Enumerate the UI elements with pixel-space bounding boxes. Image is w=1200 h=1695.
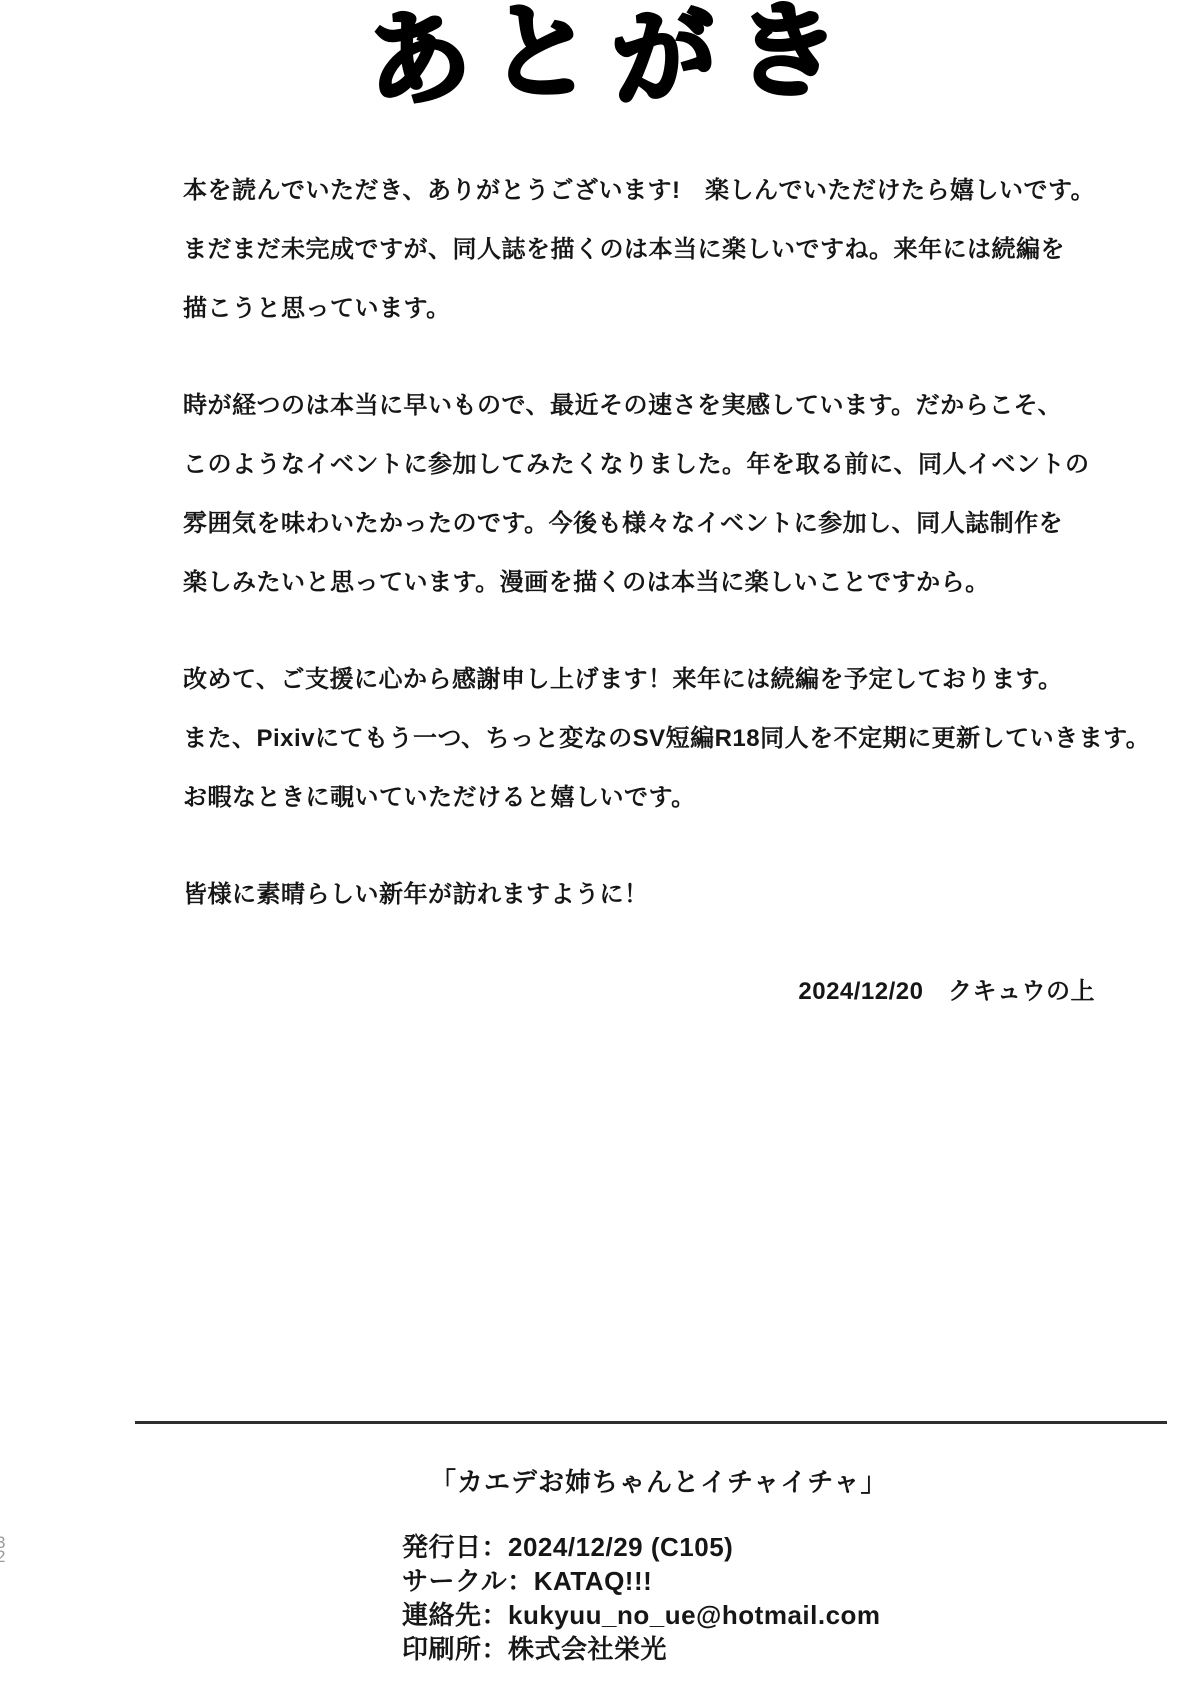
text-line: 本を読んでいただき、ありがとうございます! 楽しんでいただけたら嬉しいです。: [183, 161, 1095, 220]
page-number-digit: 2: [0, 1550, 5, 1564]
text-line: 楽しみたいと思っています。漫画を描くのは本当に楽しいことですから。: [183, 553, 1095, 612]
title-char: が: [607, 0, 716, 123]
text-line: また、Pixivにてもう一つ、ちっと変なのSV短編R18同人を不定期に更新してい…: [183, 709, 1095, 768]
paragraph-newyear: 皆様に素晴らしい新年が訪れますように！: [183, 865, 1095, 924]
paragraph-thanks: 本を読んでいただき、ありがとうございます! 楽しんでいただけたら嬉しいです。 ま…: [183, 161, 1095, 338]
text-line: 時が経つのは本当に早いもので、最近その速さを実感しています。だからこそ、: [183, 376, 1095, 435]
colophon: 発行日：2024/12/29 (C105) サークル：KATAQ!!! 連絡先：…: [402, 1530, 881, 1666]
printer-line: 印刷所：株式会社栄光: [402, 1632, 881, 1666]
publish-date-line: 発行日：2024/12/29 (C105): [402, 1530, 881, 1564]
page-number: 3 2: [0, 1536, 5, 1564]
text-line: 雰囲気を味わいたかったのです。今後も様々なイベントに参加し、同人誌制作を: [183, 494, 1095, 553]
paragraph-events: 時が経つのは本当に早いもので、最近その速さを実感しています。だからこそ、 このよ…: [183, 376, 1095, 612]
signature-line: 2024/12/20 クキュウの上: [183, 962, 1095, 1021]
afterword-page: あ と が き 本を読んでいただき、ありがとうございます! 楽しんでいただけたら…: [0, 0, 1200, 1695]
contact-line: 連絡先：kukyuu_no_ue@hotmail.com: [402, 1598, 881, 1632]
paragraph-support: 改めて、ご支援に心から感謝申し上げます！来年には続編を予定しております。 また、…: [183, 650, 1095, 827]
page-title: あ と が き: [0, 0, 1200, 116]
title-char: あ: [360, 0, 473, 126]
afterword-body: 本を読んでいただき、ありがとうございます! 楽しんでいただけたら嬉しいです。 ま…: [183, 161, 1095, 1021]
text-line: まだまだ未完成ですが、同人誌を描くのは本当に楽しいですね。来年には続編を: [183, 220, 1095, 279]
title-char: と: [487, 0, 590, 115]
circle-line: サークル：KATAQ!!!: [402, 1564, 881, 1598]
text-line: 皆様に素晴らしい新年が訪れますように！: [183, 865, 1095, 924]
book-title: 「カエデお姉ちゃんとイチャイチャ」: [430, 1462, 887, 1499]
title-char: き: [732, 0, 837, 115]
text-line: 改めて、ご支援に心から感謝申し上げます！来年には続編を予定しております。: [183, 650, 1095, 709]
divider-line: [135, 1421, 1167, 1424]
text-line: お暇なときに覗いていただけると嬉しいです。: [183, 768, 1095, 827]
text-line: このようなイベントに参加してみたくなりました。年を取る前に、同人イベントの: [183, 435, 1095, 494]
text-line: 描こうと思っています。: [183, 279, 1095, 338]
